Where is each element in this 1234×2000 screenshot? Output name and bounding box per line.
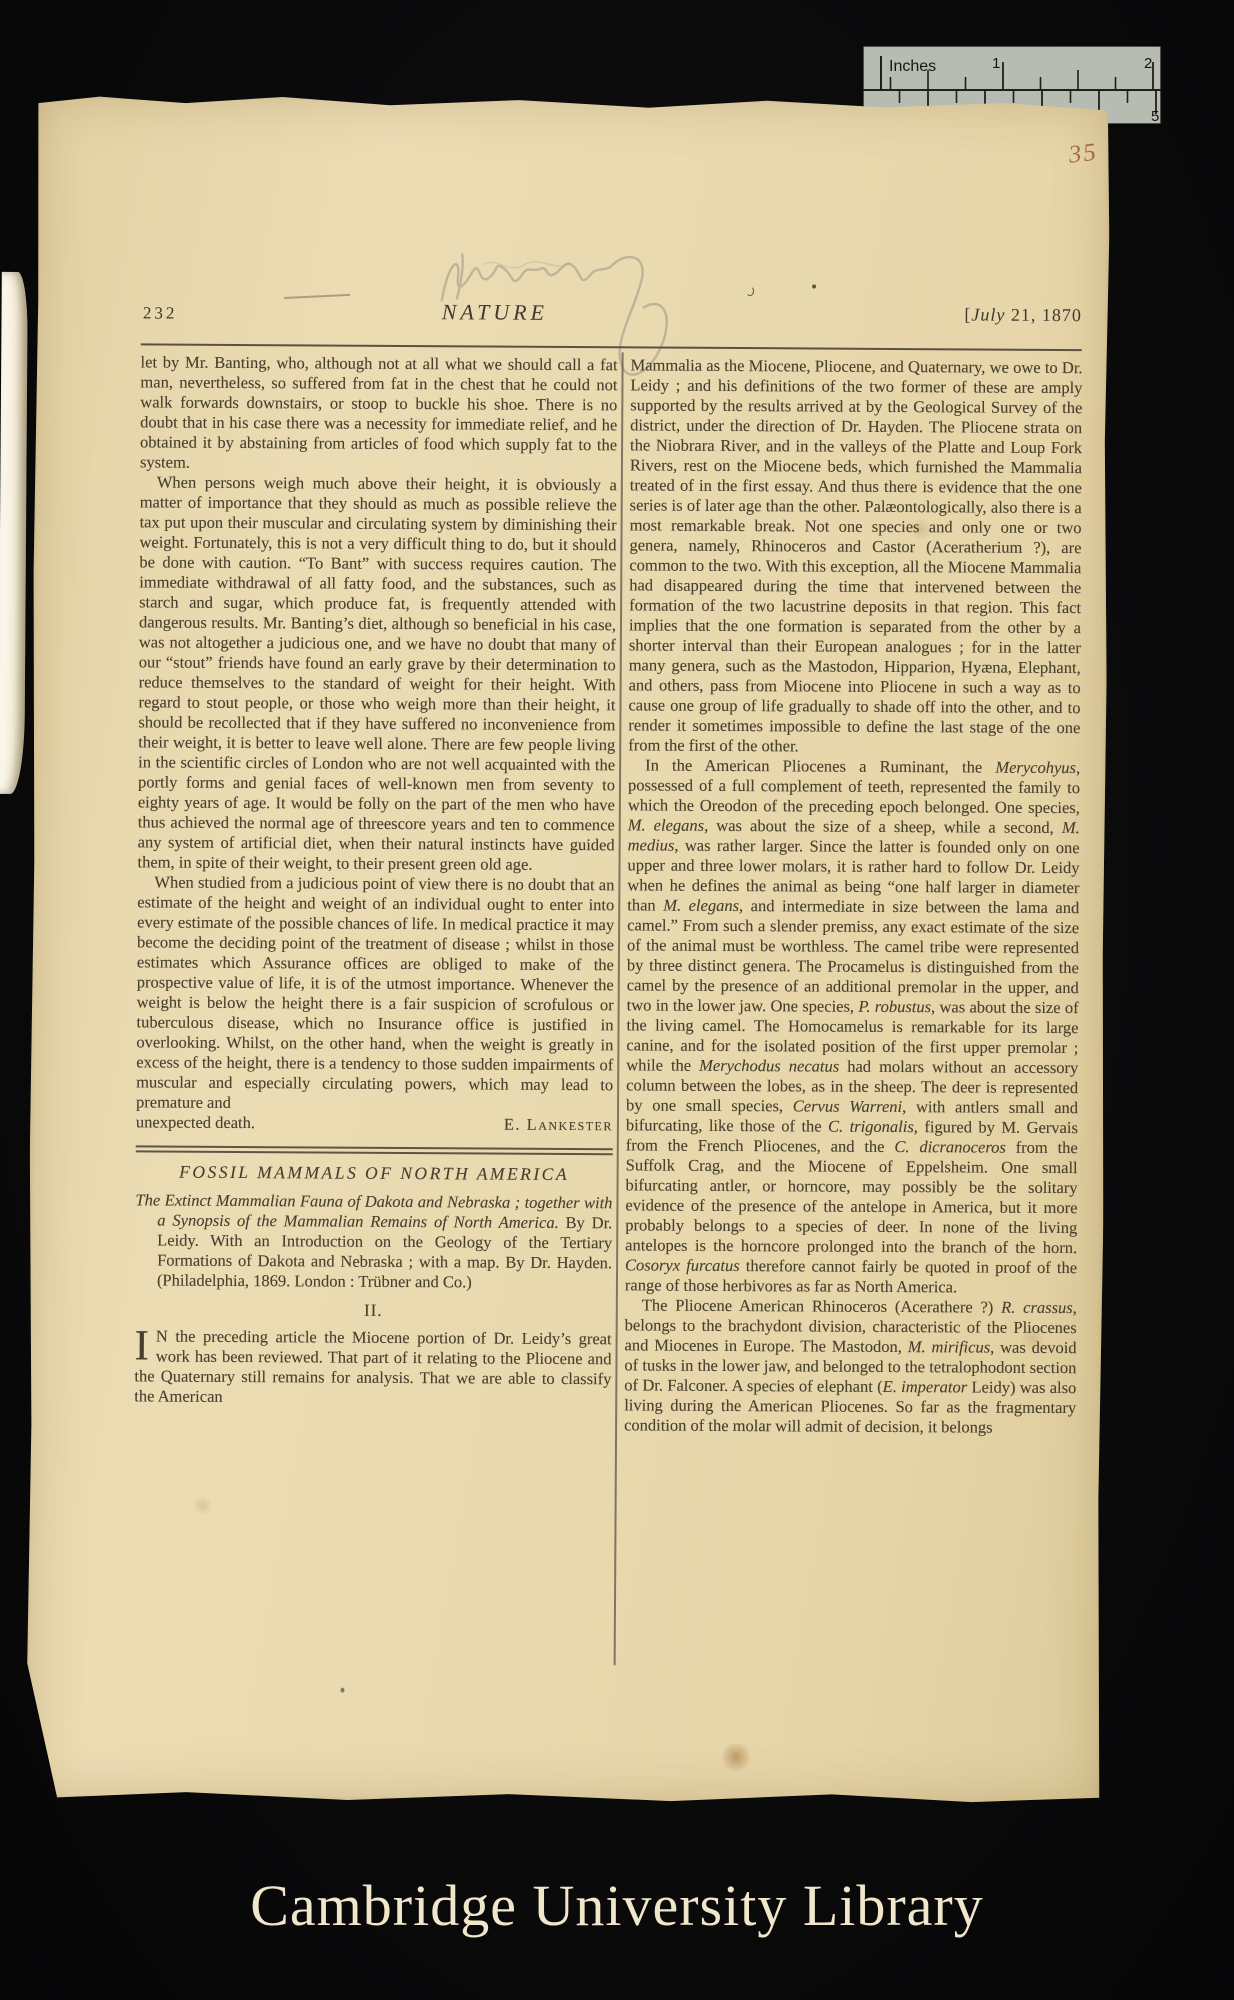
scanned-page: 35 232 NATURE [July 21, 1870 let by Mr. … <box>25 94 1111 1807</box>
ruler-inch-number: 2 <box>1144 55 1152 72</box>
section-subheading: II. <box>135 1299 612 1322</box>
drop-cap: I <box>134 1326 156 1363</box>
right-column: Mammalia as the Miocene, Pliocene, and Q… <box>624 355 1083 1438</box>
library-watermark: Cambridge University Library <box>0 1872 1234 1939</box>
paragraph: In the American Pliocenes a Ruminant, th… <box>625 755 1080 1298</box>
paragraph: When persons weigh much above their heig… <box>137 472 616 875</box>
ink-fleck <box>812 284 816 288</box>
foxing-spot <box>192 1497 214 1515</box>
paragraph: The Pliocene American Rhinoceros (Acerat… <box>624 1295 1077 1438</box>
journal-title: NATURE <box>395 299 595 326</box>
closing-line: unexpected death. E. Lankester <box>136 1112 613 1135</box>
ruler-inch-number: 1 <box>992 55 1000 72</box>
left-column: let by Mr. Banting, who, although not at… <box>134 352 617 1409</box>
section-opening-paragraph: IN the preceding article the Miocene por… <box>134 1326 611 1409</box>
ink-fleck <box>746 286 754 296</box>
foxing-spot <box>719 1743 753 1771</box>
book-citation: The Extinct Mammalian Fauna of Dakota an… <box>135 1190 613 1293</box>
corner-number-annotation: 35 <box>1067 139 1099 170</box>
paragraph: The Extinct Mammalian Fauna of Dakota an… <box>135 1190 613 1293</box>
section-divider-rule <box>136 1145 613 1155</box>
ink-fleck <box>340 1688 344 1693</box>
adjacent-page-edge <box>0 272 28 794</box>
issue-date: [July 21, 1870 <box>964 304 1082 326</box>
paragraph: When studied from a judicious point of v… <box>136 872 614 1115</box>
left-column-paragraphs: let by Mr. Banting, who, although not at… <box>136 352 618 1115</box>
ruler-cm-number: 5 <box>1151 108 1159 124</box>
paragraph: let by Mr. Banting, who, although not at… <box>140 352 618 475</box>
page-number: 232 <box>143 303 178 323</box>
closing-text: unexpected death. <box>136 1112 255 1133</box>
running-head: 232 NATURE [July 21, 1870 <box>141 295 1082 335</box>
ruler-inches-label: Inches <box>889 58 936 75</box>
section-heading: FOSSIL MAMMALS OF NORTH AMERICA <box>136 1161 613 1184</box>
paragraph: IN the preceding article the Miocene por… <box>134 1326 611 1409</box>
right-column-paragraphs: Mammalia as the Miocene, Pliocene, and Q… <box>624 355 1083 1438</box>
author-signature: E. Lankester <box>504 1115 613 1136</box>
paragraph: Mammalia as the Miocene, Pliocene, and Q… <box>628 355 1082 758</box>
